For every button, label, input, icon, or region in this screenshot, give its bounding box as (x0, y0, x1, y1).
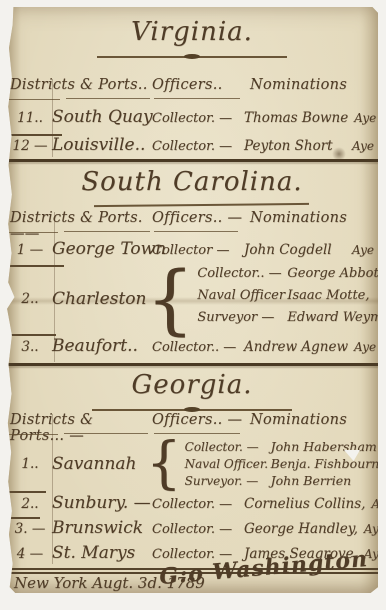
office-label: Naval Officer. (185, 457, 271, 471)
vote-mark: Aye (365, 497, 386, 511)
officer-line: Collector.. — George Abbot Hall Aye (197, 266, 386, 288)
vote-mark: Aye (358, 522, 386, 536)
port-name: Louisville.. (52, 135, 152, 155)
header-underline (8, 232, 58, 233)
nominee-name: John Habersham (271, 439, 377, 454)
table-row: 3.. Beaufort.. Collector.. — Andrew Agne… (8, 336, 374, 356)
table-row: 11.. South Quay Collector. — Thomas Bown… (8, 107, 374, 127)
officer-line: Naval Officer. Benja. Fishbourn Nay (185, 456, 386, 473)
nominee-name: Isaac Motte, (287, 288, 369, 303)
header-underline (64, 433, 148, 434)
column-header-officers: Officers.. — (152, 210, 250, 242)
table-row: 2.. Sunbury. — Collector. — Cornelius Co… (8, 493, 374, 513)
district-number: 12 — (8, 138, 52, 154)
office-label: Naval Officer (197, 288, 287, 303)
vote-mark: Aye (346, 243, 374, 257)
officer-list: Collector. — John Habersham Aye Naval Of… (185, 439, 386, 490)
column-header-districts-ports: Districts & Ports.. (10, 77, 152, 93)
district-number: 11.. (8, 110, 52, 126)
officer-line: Naval Officer Isaac Motte, Aye. (197, 288, 386, 310)
nominee-name: John Cogdell (244, 242, 332, 258)
nominee-name: Peyton Short (244, 138, 333, 154)
officer-line: Surveyor — Edward Weyman, Aye (197, 310, 386, 332)
column-header-officers: Officers.. (152, 77, 250, 93)
district-number: 2.. (8, 291, 52, 307)
manuscript-page: Virginia. Districts & Ports.. Officers..… (6, 7, 378, 593)
header-underline (64, 231, 150, 232)
district-number: 3. — (8, 521, 52, 537)
district-number: 1 — (8, 242, 52, 258)
vote-mark: Aye (348, 340, 376, 354)
office-label: Surveyor — (197, 310, 287, 325)
table-row-savannah: 1.. Savannah { Collector. — John Habersh… (8, 437, 374, 491)
header-underline (66, 98, 150, 99)
nominee-name: George Abbot Hall (287, 266, 386, 281)
office-label: Collector. — (152, 111, 244, 126)
screenshot: Virginia. Districts & Ports.. Officers..… (0, 0, 386, 610)
section-divider (6, 363, 378, 366)
title-flourish (97, 54, 287, 60)
office-label: Surveyor. — (185, 474, 271, 488)
port-name: Brunswick (52, 518, 152, 538)
section-title-south-carolina: South Carolina. (6, 167, 378, 197)
nominee-name: Benja. Fishbourn (271, 456, 380, 471)
district-number: 3.. (8, 339, 52, 355)
port-name: South Quay (52, 107, 152, 127)
nominee-name: Thomas Bowne (244, 110, 348, 126)
district-number: 2.. (8, 496, 52, 512)
district-number: 1.. (8, 456, 52, 472)
district-number: 4 — (8, 546, 52, 562)
office-label: Collector. — (152, 497, 244, 512)
column-header-nominations: Nominations (250, 210, 372, 242)
brace-icon: { (146, 439, 182, 489)
nominee-name: George Handley, (244, 521, 358, 537)
officer-list: Collector.. — George Abbot Hall Aye Nava… (197, 266, 386, 332)
title-underline (94, 203, 309, 207)
vote-mark: Aye (382, 474, 386, 488)
officer-line: Surveyor. — John Berrien Aye (185, 473, 386, 490)
nominee-name: Edward Weyman, (287, 310, 386, 325)
office-label: Collector. — (152, 139, 244, 154)
nominee-name: Andrew Agnew (244, 339, 348, 355)
table-header-virginia: Districts & Ports.. Officers.. Nominatio… (10, 77, 372, 93)
section-divider (6, 159, 378, 162)
office-label: Collector. — (185, 440, 271, 454)
office-label: Collector. — (152, 522, 244, 537)
vote-mark: Aye (382, 440, 386, 454)
office-label: Collector.. — (197, 266, 287, 281)
table-row-charleston: 2.. Charleston { Collector.. — George Ab… (8, 264, 374, 334)
section-title-georgia: Georgia. (6, 370, 378, 400)
column-header-districts-ports: Districts & Ports. —— (10, 210, 152, 242)
port-name: Beaufort.. (52, 336, 152, 356)
nominee-name: John Berrien (271, 473, 352, 488)
port-name: St. Marys (52, 543, 152, 563)
vote-mark: Aye (346, 139, 374, 153)
column-header-nominations: Nominations (250, 77, 372, 93)
table-row: 12 — Louisville.. Collector. — Peyton Sh… (8, 135, 374, 155)
table-header-south-carolina: Districts & Ports. —— Officers.. — Nomin… (10, 210, 372, 242)
header-underline (8, 434, 58, 435)
header-underline (154, 231, 238, 232)
port-name: George Town (52, 239, 152, 259)
table-row: 3. — Brunswick Collector. — George Handl… (8, 518, 374, 538)
office-label: Collector.. — (152, 340, 244, 355)
vote-mark: Nay (379, 457, 386, 471)
vote-mark: Aye (348, 111, 376, 125)
port-name: Charleston (52, 289, 146, 309)
section-title-virginia: Virginia. (6, 17, 378, 47)
port-name: Sunbury. — (52, 493, 152, 513)
port-name: Savannah (52, 454, 146, 474)
nominee-name: Cornelius Collins, (244, 496, 365, 512)
brace-icon: { (146, 266, 194, 332)
header-underline (154, 98, 240, 99)
